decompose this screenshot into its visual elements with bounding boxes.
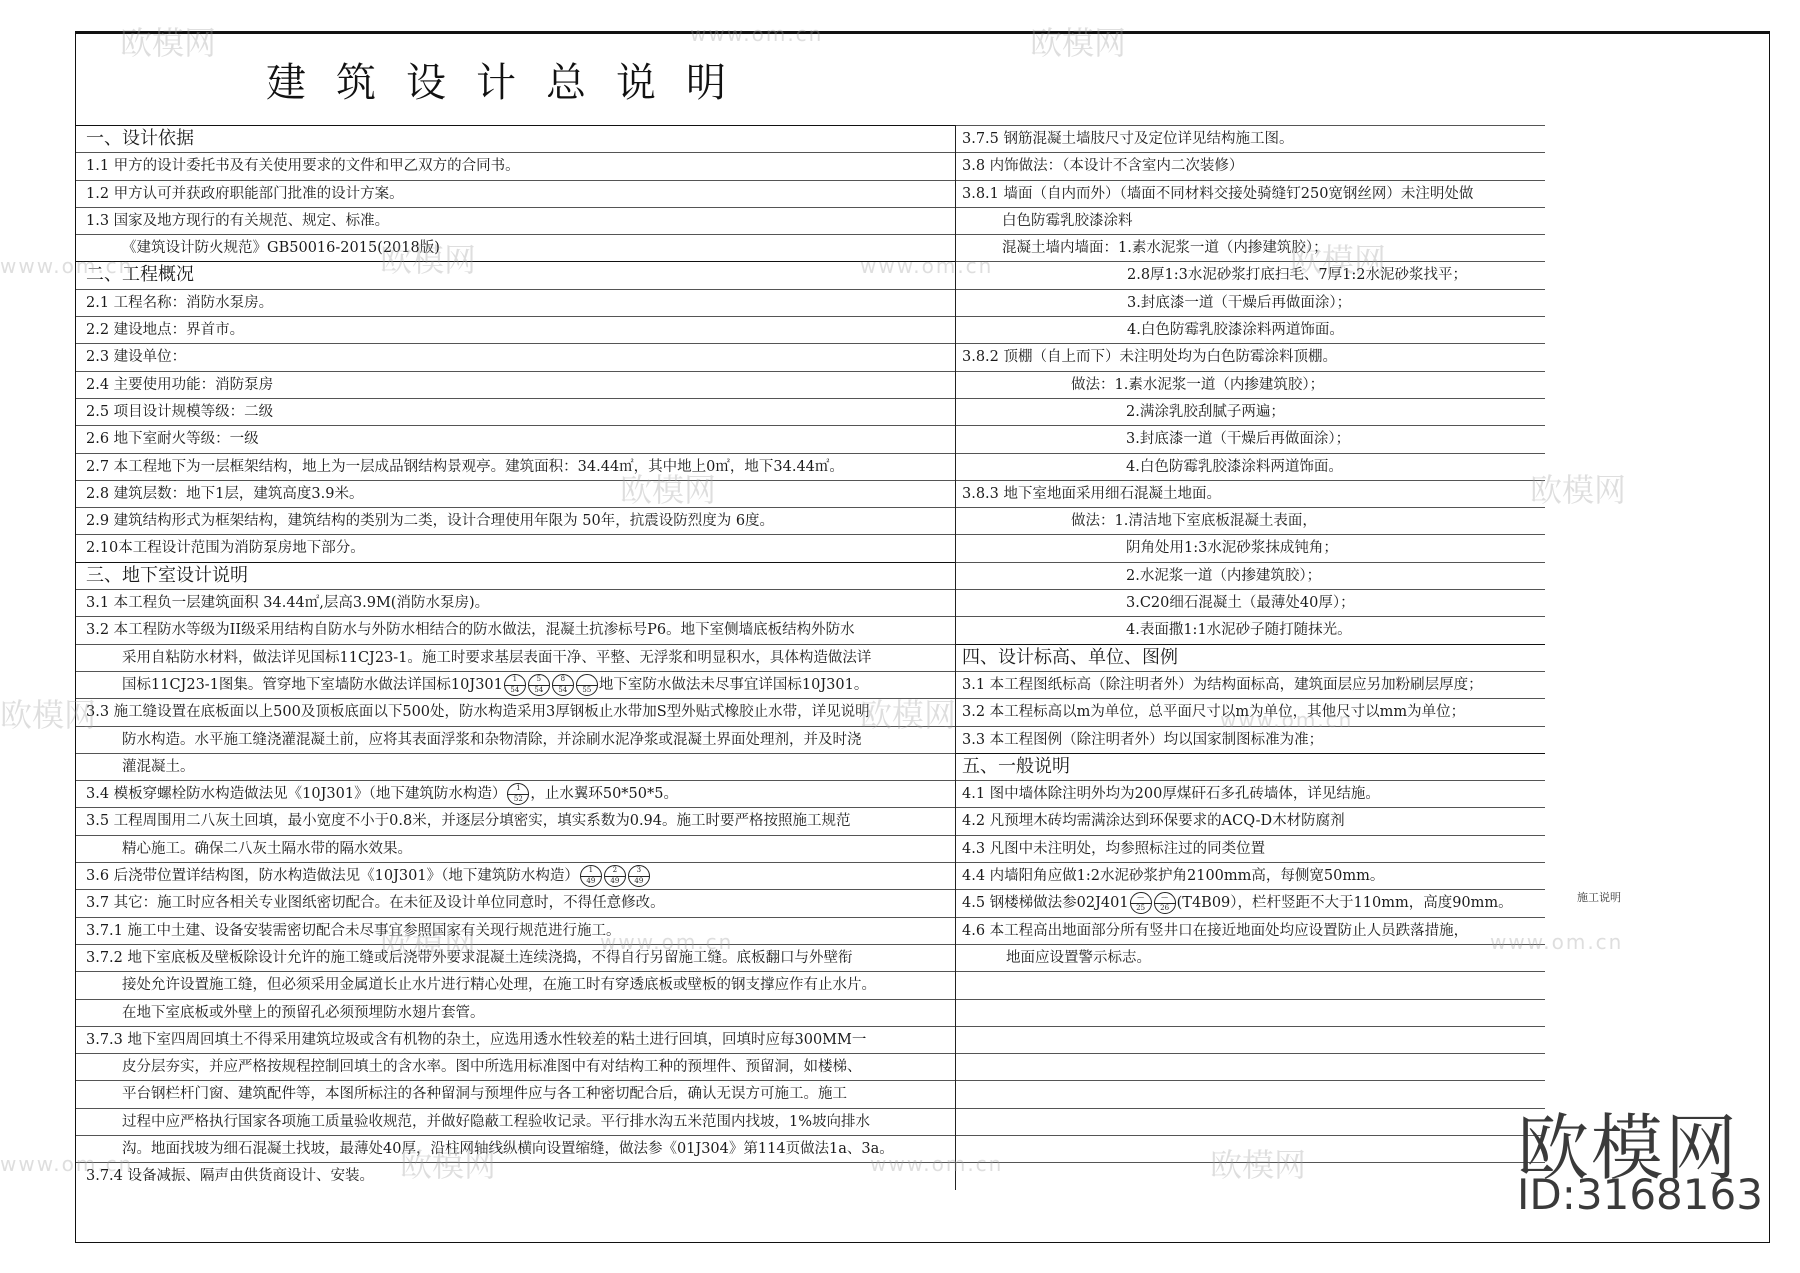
note-text: 2.1 工程名称：消防水泵房。 [86, 290, 273, 316]
note-text: 2.满涂乳胶刮腻子两遍； [1126, 399, 1285, 425]
sheet-number: 49 [581, 876, 601, 887]
detail-index-symbol: —25 [1130, 892, 1152, 914]
note-row: 3.7.3 地下室四周回填土不得采用建筑垃圾或含有机物的杂土，应选用透水性较差的… [76, 1026, 955, 1053]
note-text: 2.8厚1:3水泥砂浆打底扫毛、7厚1:2水泥砂浆找平； [1127, 262, 1467, 288]
note-row: 3.6 后浇带位置详结构图，防水构造做法见《10J301》（地下建筑防水构造）1… [76, 862, 955, 889]
note-row: 2.5 项目设计规模等级：二级 [76, 398, 955, 425]
note-text: 3.C20细石混凝土（最薄处40厚）； [1126, 590, 1355, 616]
detail-index-symbol: 152 [507, 783, 529, 805]
note-text: 皮分层夯实，并应严格按规程控制回填土的含水率。图中所选用标准图中有对结构工种的预… [122, 1054, 862, 1080]
note-row: 3.7 其它：施工时应各相关专业图纸密切配合。在未征及设计单位同意时，不得任意修… [76, 889, 955, 916]
note-text: 1.3 国家及地方现行的有关规范、规定、标准。 [86, 208, 389, 234]
section-heading: 二、工程概况 [76, 261, 955, 288]
note-text: 4.表面撒1:1水泥砂子随打随抹光。 [1126, 617, 1352, 643]
note-row: 3.C20细石混凝土（最薄处40厚）； [956, 589, 1545, 616]
note-text: 2.4 主要使用功能：消防泵房 [86, 372, 273, 398]
note-row: 3.8 内饰做法：（本设计不含室内二次装修） [956, 152, 1545, 179]
note-text: 一、设计依据 [86, 126, 194, 152]
note-row: 3.7.4 设备减振、隔声由供货商设计、安装。 [76, 1162, 955, 1189]
note-row [956, 1080, 1545, 1107]
note-text: 3.1 本工程负一层建筑面积 34.44㎡,层高3.9M(消防水泵房)。 [86, 590, 489, 616]
note-text-after: (T4B09），栏杆竖距不大于110mm，高度90mm。 [1177, 890, 1513, 916]
note-text: 国标11CJ23-1图集。管穿地下室墙防水做法详国标10J301 [122, 672, 503, 698]
note-text: 1.2 甲方认可并获政府职能部门批准的设计方案。 [86, 181, 404, 207]
note-row: 3.7.5 钢筋混凝土墙肢尺寸及定位详见结构施工图。 [956, 125, 1545, 152]
note-text: 2.5 项目设计规模等级：二级 [86, 399, 273, 425]
detail-number: 1 [505, 675, 525, 685]
note-row [956, 1162, 1545, 1189]
note-text: 3.1 本工程图纸标高（除注明者外）为结构面标高，建筑面层应另加粉刷层厚度； [962, 672, 1483, 698]
note-row: 做法：1.素水泥浆一道（内掺建筑胶）； [956, 371, 1545, 398]
note-text: 4.白色防霉乳胶漆涂料两道饰面。 [1127, 317, 1344, 343]
note-text: 精心施工。确保二八灰土隔水带的隔水效果。 [122, 836, 412, 862]
note-row: 在地下室底板或外壁上的预留孔必须预埋防水翅片套管。 [76, 999, 955, 1026]
note-text: 二、工程概况 [86, 262, 194, 288]
note-row: 采用自粘防水材料，做法详见国标11CJ23-1。施工时要求基层表面干净、平整、无… [76, 644, 955, 671]
note-row [956, 1053, 1545, 1080]
note-row: 4.1 图中墙体除注明外均为200厚煤矸石多孔砖墙体，详见结施。 [956, 780, 1545, 807]
note-text: 3.7.2 地下室底板及壁板除设计允许的施工缝或后浇带外要求混凝土连续浇捣，不得… [86, 945, 853, 971]
note-text: 3.3 施工缝设置在底板面以上500及顶板底面以下500处，防水构造采用3厚钢板… [86, 699, 870, 725]
note-row [956, 999, 1545, 1026]
note-text: 3.3 本工程图例（除注明者外）均以国家制图标准为准； [962, 727, 1323, 753]
detail-index-symbol: 154 [504, 674, 526, 696]
detail-number: 8 [553, 675, 573, 685]
detail-index-symbol: 349 [628, 865, 650, 887]
note-row: 4.4 内墙阳角应做1:2水泥砂浆护角2100mm高，每侧宽50mm。 [956, 862, 1545, 889]
note-text: 四、设计标高、单位、图例 [962, 645, 1178, 671]
note-text: 2.3 建设单位： [86, 344, 186, 370]
note-row: 3.4 模板穿螺栓防水构造做法见《10J301》（地下建筑防水构造）152，止水… [76, 780, 955, 807]
note-row [956, 971, 1545, 998]
note-text-after: 地下室防水做法未尽事宜详国标10J301。 [599, 672, 868, 698]
note-row: 2.满涂乳胶刮腻子两遍； [956, 398, 1545, 425]
section-heading: 五、一般说明 [956, 753, 1545, 780]
note-row: 3.3 施工缝设置在底板面以上500及顶板底面以下500处，防水构造采用3厚钢板… [76, 698, 955, 725]
note-text: 灌混凝土。 [122, 754, 195, 780]
note-row: 2.8厚1:3水泥砂浆打底扫毛、7厚1:2水泥砂浆找平； [956, 261, 1545, 288]
note-text: 3.2 本工程防水等级为II级采用结构自防水与外防水相结合的防水做法，混凝土抗渗… [86, 617, 855, 643]
note-text: 2.7 本工程地下为一层框架结构，地上为一层成品钢结构景观亭。建筑面积：34.4… [86, 454, 844, 480]
note-text-after: ，止水翼环50*50*5。 [530, 781, 678, 807]
note-text: 平台钢栏杆门窗、建筑配件等，本图所标注的各种留洞与预埋件应与各工种密切配合后，确… [122, 1081, 847, 1107]
detail-number: — [1131, 893, 1151, 903]
note-row: 3.8.2 顶棚（自上而下）未注明处均为白色防霉涂料顶棚。 [956, 343, 1545, 370]
note-row: 2.9 建筑结构形式为框架结构，建筑结构的类别为二类，设计合理使用年限为 50年… [76, 507, 955, 534]
note-text: 3.封底漆一道（干燥后再做面涂）； [1126, 426, 1350, 452]
note-row: 1.3 国家及地方现行的有关规范、规定、标准。 [76, 207, 955, 234]
detail-index-symbol: 854 [552, 674, 574, 696]
note-row: 《建筑设计防火规范》GB50016-2015(2018版) [76, 234, 955, 261]
note-row: 4.6 本工程高出地面部分所有竖井口在接近地面处均应设置防止人员跌落措施， [956, 917, 1545, 944]
note-text: 混凝土墙内墙面：1.素水泥浆一道（内掺建筑胶）； [1002, 235, 1328, 261]
note-row: 2.2 建设地点：界首市。 [76, 316, 955, 343]
note-row: 3.7.2 地下室底板及壁板除设计允许的施工缝或后浇带外要求混凝土连续浇捣，不得… [76, 944, 955, 971]
note-text: 白色防霉乳胶漆涂料 [1002, 208, 1133, 234]
note-row: 2.4 主要使用功能：消防泵房 [76, 371, 955, 398]
sheet-side-label: 施工说明 [1577, 889, 1621, 905]
note-text: 沟。地面找坡为细石混凝土找坡，最薄处40厚，沿柱网轴线纵横向设置缩缝，做法参《0… [122, 1136, 894, 1162]
note-row: 过程中应严格执行国家各项施工质量验收规范，并做好隐蔽工程验收记录。平行排水沟五米… [76, 1108, 955, 1135]
sheet-number: 54 [529, 685, 549, 696]
detail-index-symbol: 55 [576, 674, 598, 696]
note-row: 国标11CJ23-1图集。管穿地下室墙防水做法详国标10J30115455485… [76, 671, 955, 698]
note-row: 接处允许设置施工缝，但必须采用金属道长止水片进行精心处理，在施工时有穿透底板或壁… [76, 971, 955, 998]
note-text: 《建筑设计防火规范》GB50016-2015(2018版) [122, 235, 440, 261]
note-row [956, 1108, 1545, 1135]
note-row: 防水构造。水平施工缝浇灌混凝土前，应将其表面浮浆和杂物清除，并涂刷水泥净浆或混凝… [76, 726, 955, 753]
detail-number [577, 675, 597, 685]
detail-number: 1 [508, 784, 528, 794]
note-row [956, 1135, 1545, 1162]
left-column: 一、设计依据1.1 甲方的设计委托书及有关使用要求的文件和甲乙双方的合同书。1.… [76, 125, 955, 1190]
note-row: 3.1 本工程负一层建筑面积 34.44㎡,层高3.9M(消防水泵房)。 [76, 589, 955, 616]
note-row: 2.1 工程名称：消防水泵房。 [76, 289, 955, 316]
sheet-number: 54 [505, 685, 525, 696]
note-text: 做法：1.素水泥浆一道（内掺建筑胶）； [1071, 372, 1324, 398]
note-row: 3.8.1 墙面（自内而外）（墙面不同材料交接处骑缝钉250宽钢丝网）未注明处做 [956, 180, 1545, 207]
sheet-number: 25 [1131, 903, 1151, 914]
sheet-number: 52 [508, 794, 528, 805]
note-text: 2.8 建筑层数：地下1层，建筑高度3.9米。 [86, 481, 363, 507]
note-row: 2.6 地下室耐火等级：一级 [76, 425, 955, 452]
section-heading: 三、地下室设计说明 [76, 562, 955, 589]
watermark-id: ID:3168163 [1517, 1170, 1763, 1219]
note-row: 4.白色防霉乳胶漆涂料两道饰面。 [956, 453, 1545, 480]
note-row: 4.表面撒1:1水泥砂子随打随抹光。 [956, 616, 1545, 643]
note-row: 3.封底漆一道（干燥后再做面涂）； [956, 425, 1545, 452]
note-text: 4.2 凡预埋木砖均需满涂达到环保要求的ACQ-D木材防腐剂 [962, 808, 1345, 834]
note-text: 2.水泥浆一道（内掺建筑胶）； [1126, 563, 1321, 589]
note-row: 1.1 甲方的设计委托书及有关使用要求的文件和甲乙双方的合同书。 [76, 152, 955, 179]
note-text: 在地下室底板或外壁上的预留孔必须预埋防水翅片套管。 [122, 1000, 485, 1026]
note-text: 地面应设置警示标志。 [1006, 945, 1151, 971]
note-text: 做法：1.清洁地下室底板混凝土表面， [1071, 508, 1317, 534]
note-text: 过程中应严格执行国家各项施工质量验收规范，并做好隐蔽工程验收记录。平行排水沟五米… [122, 1109, 870, 1135]
note-row: 4.白色防霉乳胶漆涂料两道饰面。 [956, 316, 1545, 343]
note-row: 3.8.3 地下室地面采用细石混凝土地面。 [956, 480, 1545, 507]
detail-number: 2 [605, 866, 625, 876]
note-row: 阴角处用1:3水泥砂浆抹成钝角； [956, 534, 1545, 561]
note-row: 灌混凝土。 [76, 753, 955, 780]
drawing-sheet: 建筑设计总说明 一、设计依据1.1 甲方的设计委托书及有关使用要求的文件和甲乙双… [75, 31, 1770, 1243]
note-text: 1.1 甲方的设计委托书及有关使用要求的文件和甲乙双方的合同书。 [86, 153, 520, 179]
note-text: 4.白色防霉乳胶漆涂料两道饰面。 [1126, 454, 1343, 480]
note-text: 3.2 本工程标高以m为单位，总平面尺寸以m为单位，其他尺寸以mm为单位； [962, 699, 1465, 725]
note-row: 做法：1.清洁地下室底板混凝土表面， [956, 507, 1545, 534]
note-row: 2.10本工程设计范围为消防泵房地下部分。 [76, 534, 955, 561]
note-text: 采用自粘防水材料，做法详见国标11CJ23-1。施工时要求基层表面干净、平整、无… [122, 645, 871, 671]
note-row: 精心施工。确保二八灰土隔水带的隔水效果。 [76, 835, 955, 862]
note-row: 沟。地面找坡为细石混凝土找坡，最薄处40厚，沿柱网轴线纵横向设置缩缝，做法参《0… [76, 1135, 955, 1162]
note-text: 3.7 其它：施工时应各相关专业图纸密切配合。在未征及设计单位同意时，不得任意修… [86, 890, 665, 916]
note-text: 4.3 凡图中未注明处，均参照标注过的同类位置 [962, 836, 1265, 862]
note-row: 皮分层夯实，并应严格按规程控制回填土的含水率。图中所选用标准图中有对结构工种的预… [76, 1053, 955, 1080]
note-row: 3.2 本工程标高以m为单位，总平面尺寸以m为单位，其他尺寸以mm为单位； [956, 698, 1545, 725]
sheet-number: 49 [629, 876, 649, 887]
detail-number: 5 [529, 675, 549, 685]
right-column: 3.7.5 钢筋混凝土墙肢尺寸及定位详见结构施工图。3.8 内饰做法：（本设计不… [955, 125, 1545, 1190]
note-row: 1.2 甲方认可并获政府职能部门批准的设计方案。 [76, 180, 955, 207]
note-text: 阴角处用1:3水泥砂浆抹成钝角； [1126, 535, 1338, 561]
sheet-number: 55 [577, 685, 597, 696]
note-text: 3.7.4 设备减振、隔声由供货商设计、安装。 [86, 1163, 374, 1189]
note-row: 白色防霉乳胶漆涂料 [956, 207, 1545, 234]
note-row: 3.2 本工程防水等级为II级采用结构自防水与外防水相结合的防水做法，混凝土抗渗… [76, 616, 955, 643]
note-text: 3.8.2 顶棚（自上而下）未注明处均为白色防霉涂料顶棚。 [962, 344, 1337, 370]
sheet-number: 26 [1155, 903, 1175, 914]
note-text: 3.6 后浇带位置详结构图，防水构造做法见《10J301》（地下建筑防水构造） [86, 863, 579, 889]
note-row: 3.7.1 施工中土建、设备安装需密切配合未尽事宜参照国家有关现行规范进行施工。 [76, 917, 955, 944]
note-text: 接处允许设置施工缝，但必须采用金属道长止水片进行精心处理，在施工时有穿透底板或壁… [122, 972, 876, 998]
note-row: 2.3 建设单位： [76, 343, 955, 370]
note-text: 三、地下室设计说明 [86, 563, 248, 589]
note-text: 3.封底漆一道（干燥后再做面涂）； [1127, 290, 1351, 316]
note-row: 4.5 钢楼梯做法参02J401—25—26(T4B09），栏杆竖距不大于110… [956, 889, 1545, 916]
note-text: 2.10本工程设计范围为消防泵房地下部分。 [86, 535, 365, 561]
note-text: 3.4 模板穿螺栓防水构造做法见《10J301》（地下建筑防水构造） [86, 781, 506, 807]
note-text: 2.6 地下室耐火等级：一级 [86, 426, 259, 452]
page-title: 建筑设计总说明 [76, 34, 1544, 125]
note-text: 4.4 内墙阳角应做1:2水泥砂浆护角2100mm高，每侧宽50mm。 [962, 863, 1384, 889]
note-text: 2.2 建设地点：界首市。 [86, 317, 244, 343]
note-row: 3.5 工程周围用二八灰土回填，最小宽度不小于0.8米，并逐层分填密实，填实系数… [76, 807, 955, 834]
detail-index-symbol: 554 [528, 674, 550, 696]
note-row [956, 1026, 1545, 1053]
section-heading: 四、设计标高、单位、图例 [956, 644, 1545, 671]
note-row: 4.2 凡预埋木砖均需满涂达到环保要求的ACQ-D木材防腐剂 [956, 807, 1545, 834]
note-text: 3.7.5 钢筋混凝土墙肢尺寸及定位详见结构施工图。 [962, 126, 1294, 152]
detail-number: 1 [581, 866, 601, 876]
detail-index-symbol: 149 [580, 865, 602, 887]
note-text: 4.1 图中墙体除注明外均为200厚煤矸石多孔砖墙体，详见结施。 [962, 781, 1380, 807]
note-text: 3.5 工程周围用二八灰土回填，最小宽度不小于0.8米，并逐层分填密实，填实系数… [86, 808, 851, 834]
note-row: 3.封底漆一道（干燥后再做面涂）； [956, 289, 1545, 316]
note-text: 3.8.3 地下室地面采用细石混凝土地面。 [962, 481, 1221, 507]
note-row: 3.1 本工程图纸标高（除注明者外）为结构面标高，建筑面层应另加粉刷层厚度； [956, 671, 1545, 698]
note-row: 地面应设置警示标志。 [956, 944, 1545, 971]
detail-index-symbol: 249 [604, 865, 626, 887]
section-heading: 一、设计依据 [76, 125, 955, 152]
note-text: 防水构造。水平施工缝浇灌混凝土前，应将其表面浮浆和杂物清除，并涂刷水泥净浆或混凝… [122, 727, 862, 753]
note-text: 五、一般说明 [962, 754, 1070, 780]
sheet-number: 49 [605, 876, 625, 887]
note-text: 4.5 钢楼梯做法参02J401 [962, 890, 1129, 916]
sheet-number: 54 [553, 685, 573, 696]
detail-number: — [1155, 893, 1175, 903]
note-row: 平台钢栏杆门窗、建筑配件等，本图所标注的各种留洞与预埋件应与各工种密切配合后，确… [76, 1080, 955, 1107]
note-row: 混凝土墙内墙面：1.素水泥浆一道（内掺建筑胶）； [956, 234, 1545, 261]
note-text: 2.9 建筑结构形式为框架结构，建筑结构的类别为二类，设计合理使用年限为 50年… [86, 508, 774, 534]
note-text: 3.8 内饰做法：（本设计不含室内二次装修） [962, 153, 1243, 179]
note-text: 3.7.1 施工中土建、设备安装需密切配合未尽事宜参照国家有关现行规范进行施工。 [86, 918, 621, 944]
note-row: 2.水泥浆一道（内掺建筑胶）； [956, 562, 1545, 589]
note-row: 2.7 本工程地下为一层框架结构，地上为一层成品钢结构景观亭。建筑面积：34.4… [76, 453, 955, 480]
detail-number: 3 [629, 866, 649, 876]
note-row: 3.3 本工程图例（除注明者外）均以国家制图标准为准； [956, 726, 1545, 753]
note-row: 4.3 凡图中未注明处，均参照标注过的同类位置 [956, 835, 1545, 862]
note-text: 3.8.1 墙面（自内而外）（墙面不同材料交接处骑缝钉250宽钢丝网）未注明处做 [962, 181, 1473, 207]
note-text: 3.7.3 地下室四周回填土不得采用建筑垃圾或含有机物的杂土，应选用透水性较差的… [86, 1027, 866, 1053]
note-row: 2.8 建筑层数：地下1层，建筑高度3.9米。 [76, 480, 955, 507]
detail-index-symbol: —26 [1154, 892, 1176, 914]
note-text: 4.6 本工程高出地面部分所有竖井口在接近地面处均应设置防止人员跌落措施， [962, 918, 1468, 944]
